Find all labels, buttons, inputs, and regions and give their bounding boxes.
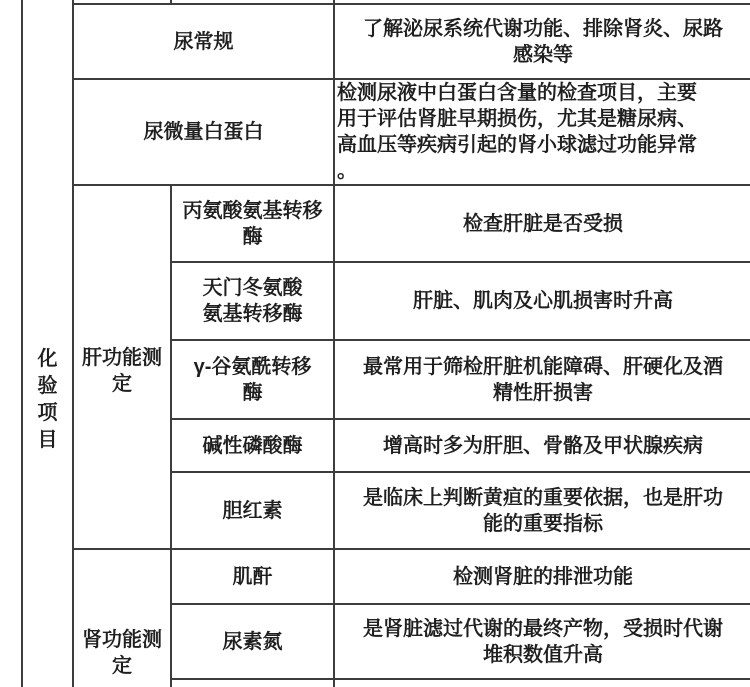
cell-test-alt: 丙氨酸氨基转移 酶: [171, 185, 334, 262]
cell-test-urinalysis: 尿常规: [73, 4, 334, 79]
cell-test-ggt: γ-谷氨酰转移 酶: [171, 340, 334, 419]
cell-desc-alt: 检查肝脏是否受损: [334, 185, 750, 262]
cell-truncated-bottom-test: [171, 679, 334, 687]
cell-desc-bun: 是肾脏滤过代谢的最终产物，受损时代谢 堆积数值升高: [334, 604, 750, 679]
lab-test-table-page: 化验项目 尿常规 了解泌尿系统代谢功能、排除肾炎、尿路 感染等 尿微量白蛋白 检…: [0, 0, 750, 687]
cell-desc-ast: 肝脏、肌肉及心肌损害时升高: [334, 262, 750, 340]
table-row: 肾功能测 定 肌酐 检测肾脏的排泄功能: [22, 549, 750, 604]
cell-desc-alp: 增高时多为肝胆、骨骼及甲状腺疾病: [334, 419, 750, 472]
table-row: 尿常规 了解泌尿系统代谢功能、排除肾炎、尿路 感染等: [22, 4, 750, 79]
table-row: 尿微量白蛋白 检测尿液中白蛋白含量的检查项目，主要 用于评估肾脏早期损伤，尤其是…: [22, 79, 750, 185]
row-header-lab-items: 化验项目: [22, 0, 73, 687]
cell-test-alp: 碱性磷酸酶: [171, 419, 334, 472]
cell-test-bilirubin: 胆红素: [171, 472, 334, 549]
cell-test-ast: 天门冬氨酸 氨基转移酶: [171, 262, 334, 340]
lab-test-table: 化验项目 尿常规 了解泌尿系统代谢功能、排除肾炎、尿路 感染等 尿微量白蛋白 检…: [21, 0, 750, 687]
cell-desc-ggt: 最常用于筛检肝脏机能障碍、肝硬化及酒 精性肝损害: [334, 340, 750, 419]
cell-desc-urinalysis: 了解泌尿系统代谢功能、排除肾炎、尿路 感染等: [334, 4, 750, 79]
cell-group-kidney-function: 肾功能测 定: [73, 549, 171, 687]
cell-desc-creatinine: 检测肾脏的排泄功能: [334, 549, 750, 604]
cell-group-liver-function: 肝功能测 定: [73, 185, 171, 549]
cell-desc-urine-microalbumin: 检测尿液中白蛋白含量的检查项目，主要 用于评估肾脏早期损伤，尤其是糖尿病、 高血…: [334, 79, 750, 185]
cell-test-creatinine: 肌酐: [171, 549, 334, 604]
cell-test-bun: 尿素氮: [171, 604, 334, 679]
cell-test-urine-microalbumin: 尿微量白蛋白: [73, 79, 334, 185]
cell-truncated-bottom-desc: [334, 679, 750, 687]
cell-desc-bilirubin: 是临床上判断黄疸的重要依据，也是肝功 能的重要指标: [334, 472, 750, 549]
table-row: 肝功能测 定 丙氨酸氨基转移 酶 检查肝脏是否受损: [22, 185, 750, 262]
